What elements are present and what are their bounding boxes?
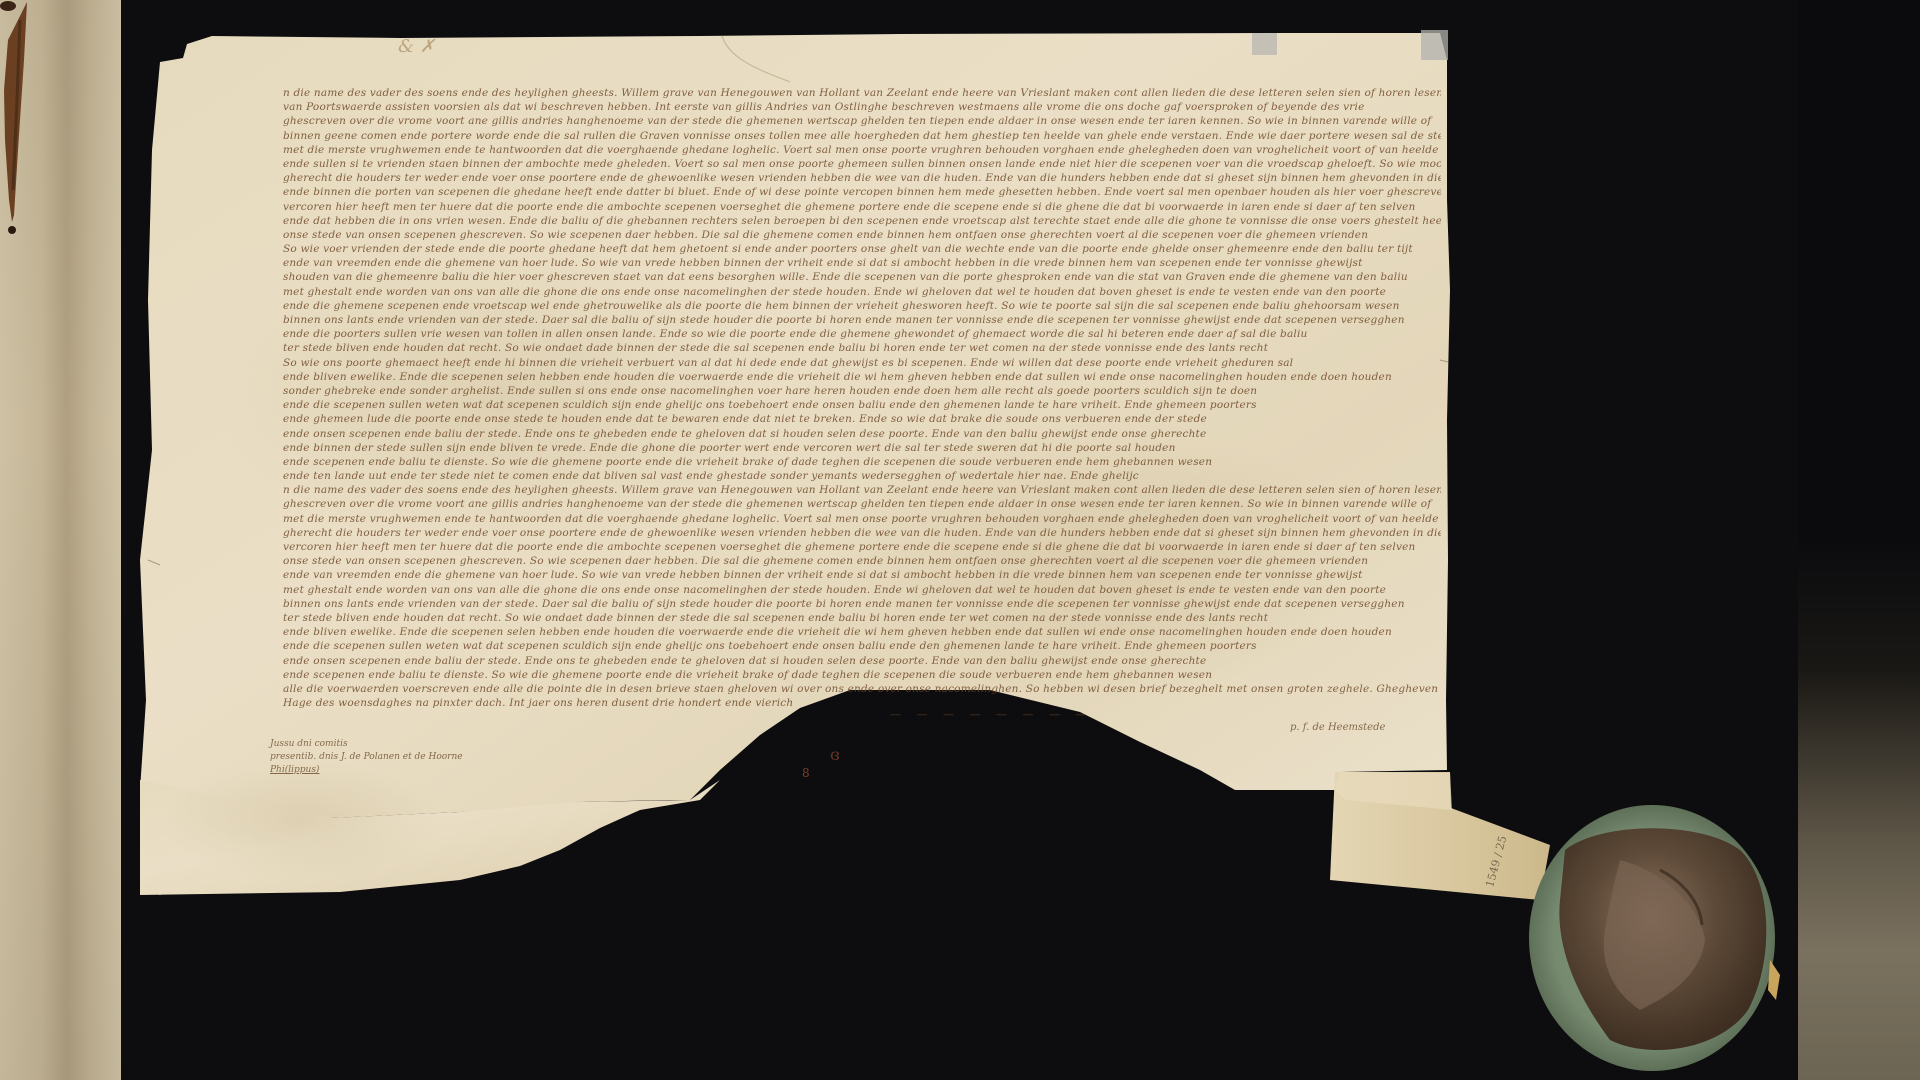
text-line: vercoren hier heeft men ter huere dat di…	[283, 200, 1441, 214]
text-line: ende onsen scepenen ende baliu der stede…	[283, 654, 1441, 668]
text-line: ende van vreemden ende die ghemene van h…	[283, 256, 1441, 270]
text-line: binnen ons lants ende vrienden van der s…	[283, 597, 1441, 611]
text-line: ghescreven over die vrome voort ane gill…	[283, 497, 1441, 511]
charter-text: n die name des vader des soens ende des …	[283, 86, 1441, 710]
text-line: van Poortswaerde assisten voorsien als d…	[283, 100, 1441, 114]
text-line: vercoren hier heeft men ter huere dat di…	[283, 540, 1441, 554]
text-line: ende die ghemene scepenen ende vroetscap…	[283, 299, 1441, 313]
closing-dashes: — — — — — — — —	[890, 708, 1092, 721]
text-line: ende die scepenen sullen weten wat dat s…	[283, 639, 1441, 653]
text-line: ter stede bliven ende houden dat recht. …	[283, 611, 1441, 625]
text-line: binnen geene comen ende portere worde en…	[283, 129, 1441, 143]
illuminated-initial-I	[0, 0, 30, 236]
text-line: sonder ghebreke ende sonder arghelist. E…	[283, 384, 1441, 398]
text-line-dating-clause: Hage des woensdaghes na pinxter dach. In…	[283, 696, 1441, 710]
note-line: Jussu dni comitis	[270, 738, 463, 751]
text-line: ende van vreemden ende die ghemene van h…	[283, 568, 1441, 582]
text-line: ende die poorters sullen vrie wesen van …	[283, 327, 1441, 341]
text-line: shouden van die ghemeenre baliu die hier…	[283, 270, 1441, 284]
text-line: ende die scepenen sullen weten wat dat s…	[283, 398, 1441, 412]
svg-text:8: 8	[802, 766, 810, 780]
text-line: onse stede van onsen scepenen ghescreven…	[283, 228, 1441, 242]
text-line: ghescreven over die vrome voort ane gill…	[283, 114, 1441, 128]
text-line: ende sullen si te vrienden staen binnen …	[283, 157, 1441, 171]
text-line: ende binnen die porten van scepenen die …	[283, 185, 1441, 199]
text-line: ende onsen scepenen ende baliu der stede…	[283, 427, 1441, 441]
text-line: ende bliven ewelike. Ende die scepenen s…	[283, 625, 1441, 639]
text-line: ende bliven ewelike. Ende die scepenen s…	[283, 370, 1441, 384]
text-line: So wie ons poorte ghemaect heeft ende hi…	[283, 356, 1441, 370]
archival-top-mark: & ✗	[398, 36, 435, 57]
text-line: ende dat hebben die in ons vrien wesen. …	[283, 214, 1441, 228]
text-line: ende binnen der stede sullen sijn ende b…	[283, 441, 1441, 455]
text-line: n die name des vader des soens ende des …	[283, 86, 1441, 100]
text-line: gherecht die houders ter weder ende voer…	[283, 526, 1441, 540]
parchment-charter: 8 ɞ & ✗ n die name des vader des soens e…	[0, 0, 1920, 1080]
text-line: met die merste vrughwemen ende te hantwo…	[283, 143, 1441, 157]
text-line: ter stede bliven ende houden dat recht. …	[283, 341, 1441, 355]
text-line: met die merste vrughwemen ende te hantwo…	[283, 512, 1441, 526]
scribe-signature: p. f. de Heemstede	[1290, 722, 1385, 733]
text-line: gherecht die houders ter weder ende voer…	[283, 171, 1441, 185]
note-line: Phi(lippus)	[270, 764, 463, 777]
text-line: ende ghemeen lude die poorte ende onse s…	[283, 412, 1441, 426]
text-line: met ghestalt ende worden van ons van all…	[283, 285, 1441, 299]
text-line: ende scepenen ende baliu te dienste. So …	[283, 455, 1441, 469]
text-line: met ghestalt ende worden van ons van all…	[283, 583, 1441, 597]
text-line: onse stede van onsen scepenen ghescreven…	[283, 554, 1441, 568]
note-line: presentib. dnis J. de Polanen et de Hoor…	[270, 751, 463, 764]
chancery-notes: Jussu dni comitis presentib. dnis J. de …	[270, 738, 463, 777]
text-line: ende scepenen ende baliu te dienste. So …	[283, 668, 1441, 682]
svg-text:ɞ: ɞ	[830, 745, 840, 764]
text-line: So wie voer vrienden der stede ende die …	[283, 242, 1441, 256]
text-line: binnen ons lants ende vrienden van der s…	[283, 313, 1441, 327]
text-line: n die name des vader des soens ende des …	[283, 483, 1441, 497]
text-line: alle die voerwaerden voerscreven ende al…	[283, 682, 1441, 696]
text-line: ende ten lande uut ende ter stede niet t…	[283, 469, 1441, 483]
